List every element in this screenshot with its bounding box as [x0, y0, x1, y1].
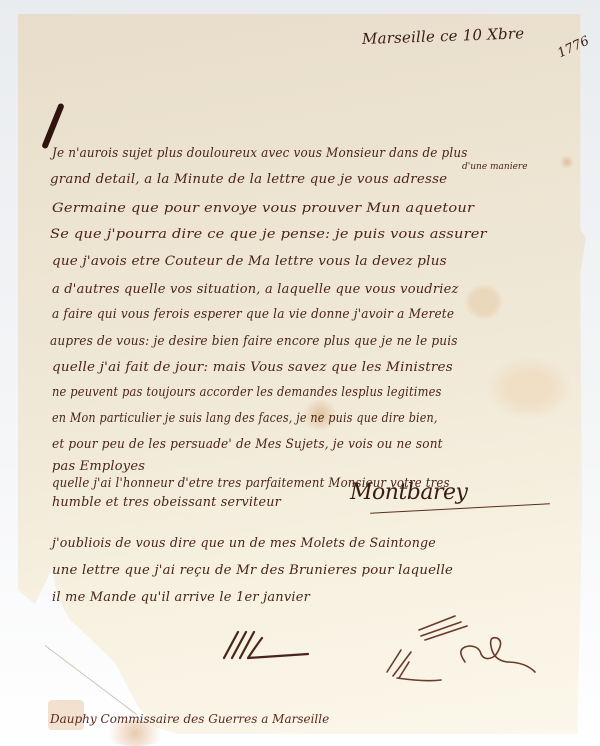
body-line: a faire qui vous ferois esperer que la v… [52, 307, 454, 322]
body-line: Germaine que pour envoye vous prouver Mu… [52, 201, 474, 216]
body-line: pas Employes [52, 459, 145, 474]
signature: Montbarey [350, 480, 467, 505]
body-line: et pour peu de les persuade' de Mes Suje… [52, 437, 443, 452]
body-line: a d'autres quelle vos situation, a laque… [52, 282, 459, 297]
closing-line: humble et tres obeissant serviteur [52, 495, 281, 510]
paraph-right-lower-icon [385, 632, 555, 684]
postscript-line: il me Mande qu'il arrive le 1er janvier [52, 590, 310, 605]
body-line: Je n'aurois sujet plus douloureux avec v… [52, 146, 468, 161]
body-line: en Mon particulier je suis lang des face… [52, 411, 438, 426]
body-line: que j'avois etre Couteur de Ma lettre vo… [52, 254, 447, 269]
body-line: grand detail, a la Minute de la lettre q… [50, 172, 447, 187]
interlinear-insertion: d'une maniere [462, 162, 528, 172]
postscript-line: une lettre que j'ai reçu de Mr des Bruni… [52, 563, 453, 578]
foxing-stain [560, 155, 574, 169]
address-line: Dauphy Commissaire des Guerres a Marseil… [50, 712, 329, 726]
body-line: quelle j'ai fait de jour: mais Vous save… [52, 360, 453, 375]
postscript-line: j'oubliois de vous dire que un de mes Mo… [52, 536, 436, 551]
paraph-left-icon [222, 628, 312, 662]
body-line: aupres de vous: je desire bien faire enc… [50, 334, 458, 349]
body-line: Se que j'pourra dire ce que je pense: je… [50, 227, 487, 242]
body-line: ne peuvent pas toujours accorder les dem… [52, 385, 442, 400]
